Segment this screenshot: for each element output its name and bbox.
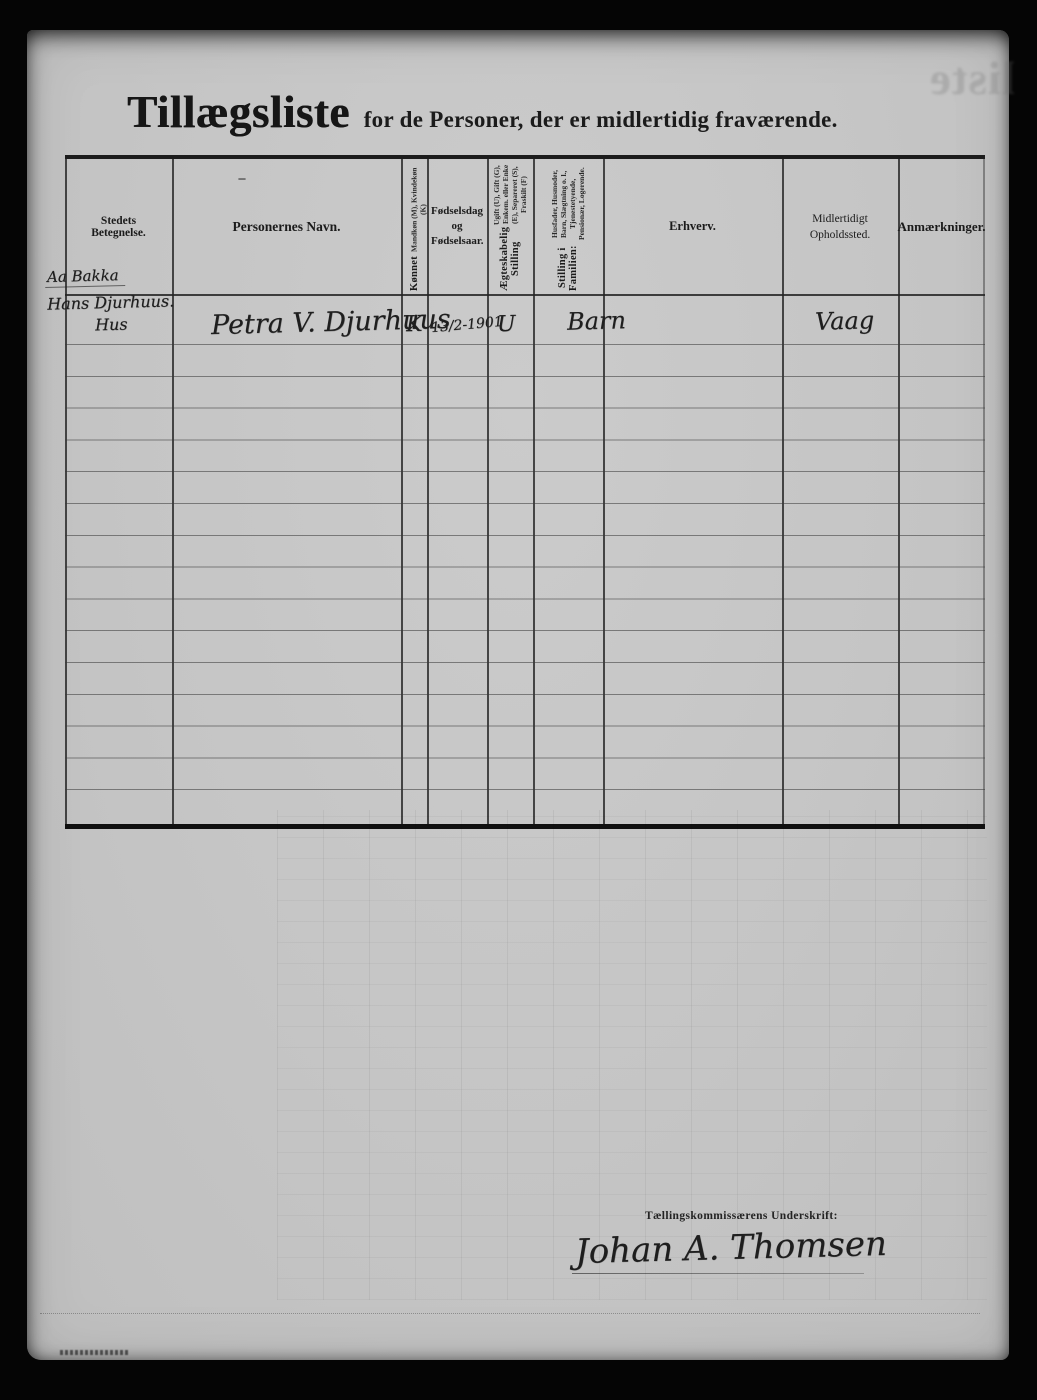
stray-dash-mark: – <box>222 171 262 187</box>
header-marital: Ægteskabelig Stilling Ugift (U), Gift (G… <box>487 159 533 294</box>
entry-family: Barn <box>567 306 627 336</box>
empty-row-rules <box>65 344 985 791</box>
signature-underline <box>572 1273 864 1274</box>
header-birth: Fødselsdag og Fødselsaar. <box>427 159 487 294</box>
entry-place: Hans Djurhuus. Hus <box>40 290 181 338</box>
header-remarks: Anmærkninger. <box>898 159 985 294</box>
entry-residence: Vaag <box>815 306 875 336</box>
entry-place-above: Aa Bakka <box>45 266 125 288</box>
header-family: Stilling i Familien: Husfader, Husmoder,… <box>533 159 603 294</box>
census-form-page: liste Tillægsliste for de Personer, der … <box>27 30 1009 1360</box>
commissioner-signature: Johan A. Thomsen <box>575 1224 888 1272</box>
census-table: Stedets Betegnelse. – Personernes Navn. … <box>65 155 985 829</box>
fold-crease-line <box>40 1313 980 1314</box>
header-sex: Kønnet Mandkøn (M), Kvindekøn (K) <box>401 159 427 294</box>
entry-sex: K <box>406 312 423 337</box>
form-title: Tillægsliste <box>127 86 350 138</box>
scanned-document: liste Tillægsliste for de Personer, der … <box>0 0 1037 1400</box>
printer-imprint <box>60 1350 130 1355</box>
header-residence: Midlertidigt Opholdssted. <box>782 159 898 294</box>
header-occupation: Erhverv. <box>603 159 782 294</box>
form-subtitle: for de Personer, der er midlertidig frav… <box>364 107 838 133</box>
signature-label: Tællingskommissærens Underskrift: <box>645 1210 838 1222</box>
entry-marital: U <box>497 312 516 337</box>
header-bottom-rule <box>65 294 985 296</box>
form-title-row: Tillægsliste for de Personer, der er mid… <box>127 86 967 138</box>
header-name: – Personernes Navn. <box>172 159 401 294</box>
